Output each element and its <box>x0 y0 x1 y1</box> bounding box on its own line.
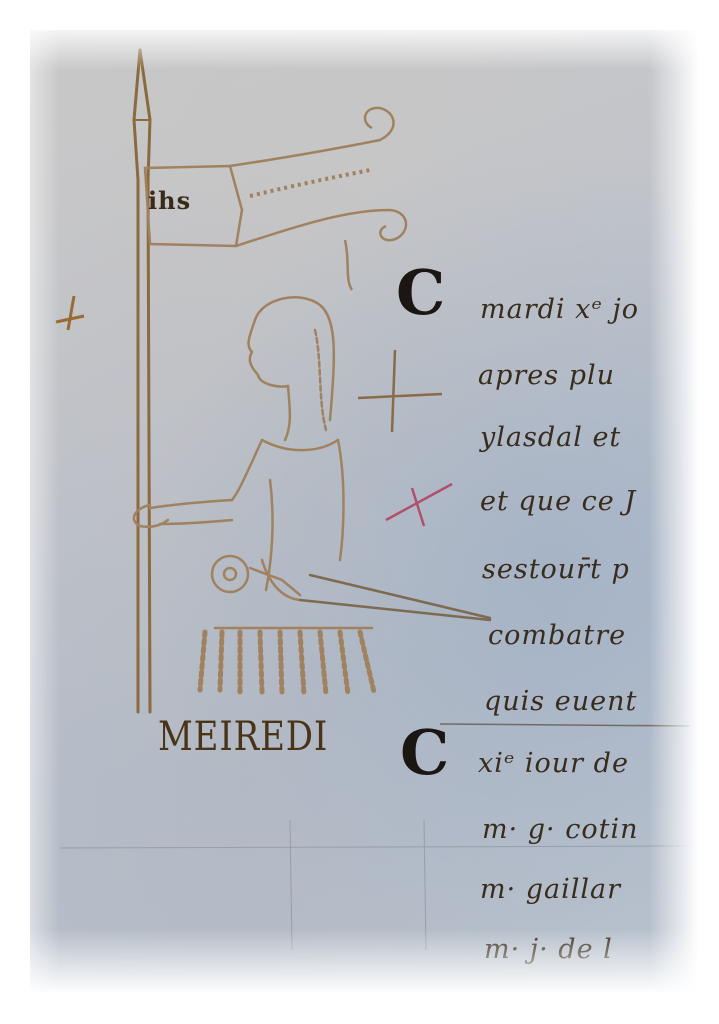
text-line: ylasdal et <box>480 424 621 451</box>
cross-left-icon <box>56 296 84 330</box>
cross-middle-icon <box>358 350 442 432</box>
text-line: m· j· de l <box>484 936 613 963</box>
lance-icon <box>134 50 150 712</box>
text-line: apres plu <box>478 362 615 389</box>
text-line: sestour̄t p <box>482 556 630 583</box>
text-line: et que ce J <box>480 488 636 515</box>
text-line: quis euent <box>484 688 637 715</box>
text-line: m· gaillar <box>480 876 621 903</box>
drop-initial-2: C <box>400 722 449 784</box>
text-line: combatre <box>488 622 626 649</box>
text-line: mardi xᵉ jo <box>480 296 639 323</box>
cross-red-icon <box>386 484 452 526</box>
text-line: m· g· cotin <box>482 816 638 843</box>
banner-inscription: ihs <box>148 186 191 215</box>
figure-icon <box>134 297 490 694</box>
manuscript-photo: ihs MEIREDI C mardi xᵉ jo apres plu ylas… <box>0 0 719 1024</box>
figure-caption: MEIREDI <box>158 714 328 760</box>
drop-initial-1: C <box>396 262 445 324</box>
text-line: xiᵉ iour de <box>478 750 629 777</box>
